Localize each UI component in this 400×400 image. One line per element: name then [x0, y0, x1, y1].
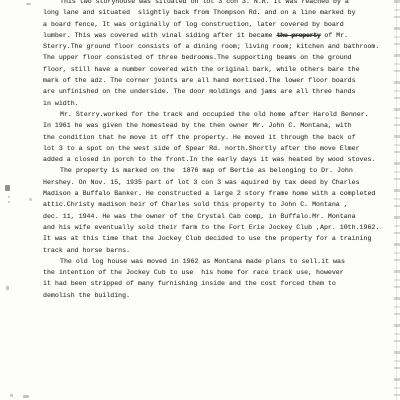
- text-line: demolish the building.: [43, 290, 388, 301]
- paragraph-1: This two storyhouse was situated on lot …: [43, 0, 388, 109]
- text-line: a board fence, It was originally of log …: [43, 19, 388, 30]
- text-segment: of Mr.: [320, 32, 348, 39]
- text-line: It was at this time that the Jockey Club…: [43, 233, 388, 244]
- paragraph-2: Mr. Sterry.worked for the track and occu…: [43, 109, 388, 165]
- paragraph-4: The old log house was moved in 1962 as M…: [43, 256, 388, 301]
- text-line: added a closed in porch to the front.In …: [43, 154, 388, 165]
- smudge-mark: [8, 201, 10, 203]
- smudge-mark: [23, 395, 29, 398]
- text-line: lumber. This was covered with vinal sidi…: [43, 30, 388, 41]
- text-line: The old log house was moved in 1962 as M…: [43, 256, 388, 267]
- paragraph-3: The property is marked on the 1876 map o…: [43, 165, 388, 255]
- text-line: the condition that he move it off the pr…: [43, 132, 388, 143]
- text-line: lot 3 to a spot on the west side of Spea…: [43, 143, 388, 154]
- text-line: Mr. Sterry.worked for the track and occu…: [43, 109, 388, 120]
- text-line: mark of the adz. The corner joints are a…: [43, 75, 388, 86]
- text-line: the intention of the Jockey Cub to use h…: [43, 267, 388, 278]
- text-line: floor, still have a number covered with …: [43, 64, 388, 75]
- text-line: Sterry.The ground floor consists of a di…: [43, 41, 388, 52]
- smudge-mark: [5, 185, 10, 191]
- page-edge-smudges: [394, 0, 400, 400]
- smudge-mark: [29, 198, 32, 201]
- smudge-mark: [26, 3, 31, 5]
- scanned-document-page: This two storyhouse was situated on lot …: [0, 0, 400, 400]
- smudge-mark: [6, 286, 9, 290]
- text-line: The upper floor consisted of three bedro…: [43, 52, 388, 63]
- text-line: dec. 11, 1944. He was the owner of the C…: [43, 211, 388, 222]
- text-line: attic.Christy madison heir of Charles so…: [43, 199, 388, 210]
- smudge-mark: [8, 196, 10, 198]
- text-line: The property is marked on the 1876 map o…: [43, 165, 388, 176]
- smudge-mark: [10, 394, 13, 397]
- text-line: and his wife eventually sold their farm …: [43, 222, 388, 233]
- text-segment: lumber. This was covered with vinal sidi…: [43, 32, 276, 39]
- text-line: track and horse barns.: [43, 245, 388, 256]
- text-line: it had been stripped of many furnishing …: [43, 278, 388, 289]
- text-line: Hershey. On Nov. 15, 1935 part of lot 3 …: [43, 177, 388, 188]
- text-line: This two storyhouse was situated on lot …: [43, 0, 388, 7]
- overstruck-text: the property: [276, 32, 320, 39]
- text-line: long lane and situated slightly back fro…: [43, 7, 388, 18]
- text-line: Madison a Buffalo Banker. He constructed…: [43, 188, 388, 199]
- text-line: In 1961 he was given the homestead by th…: [43, 120, 388, 131]
- text-line: are unfinished on the underside. The doo…: [43, 86, 388, 97]
- document-text: This two storyhouse was situated on lot …: [43, 0, 388, 301]
- text-line: in width.: [43, 98, 388, 109]
